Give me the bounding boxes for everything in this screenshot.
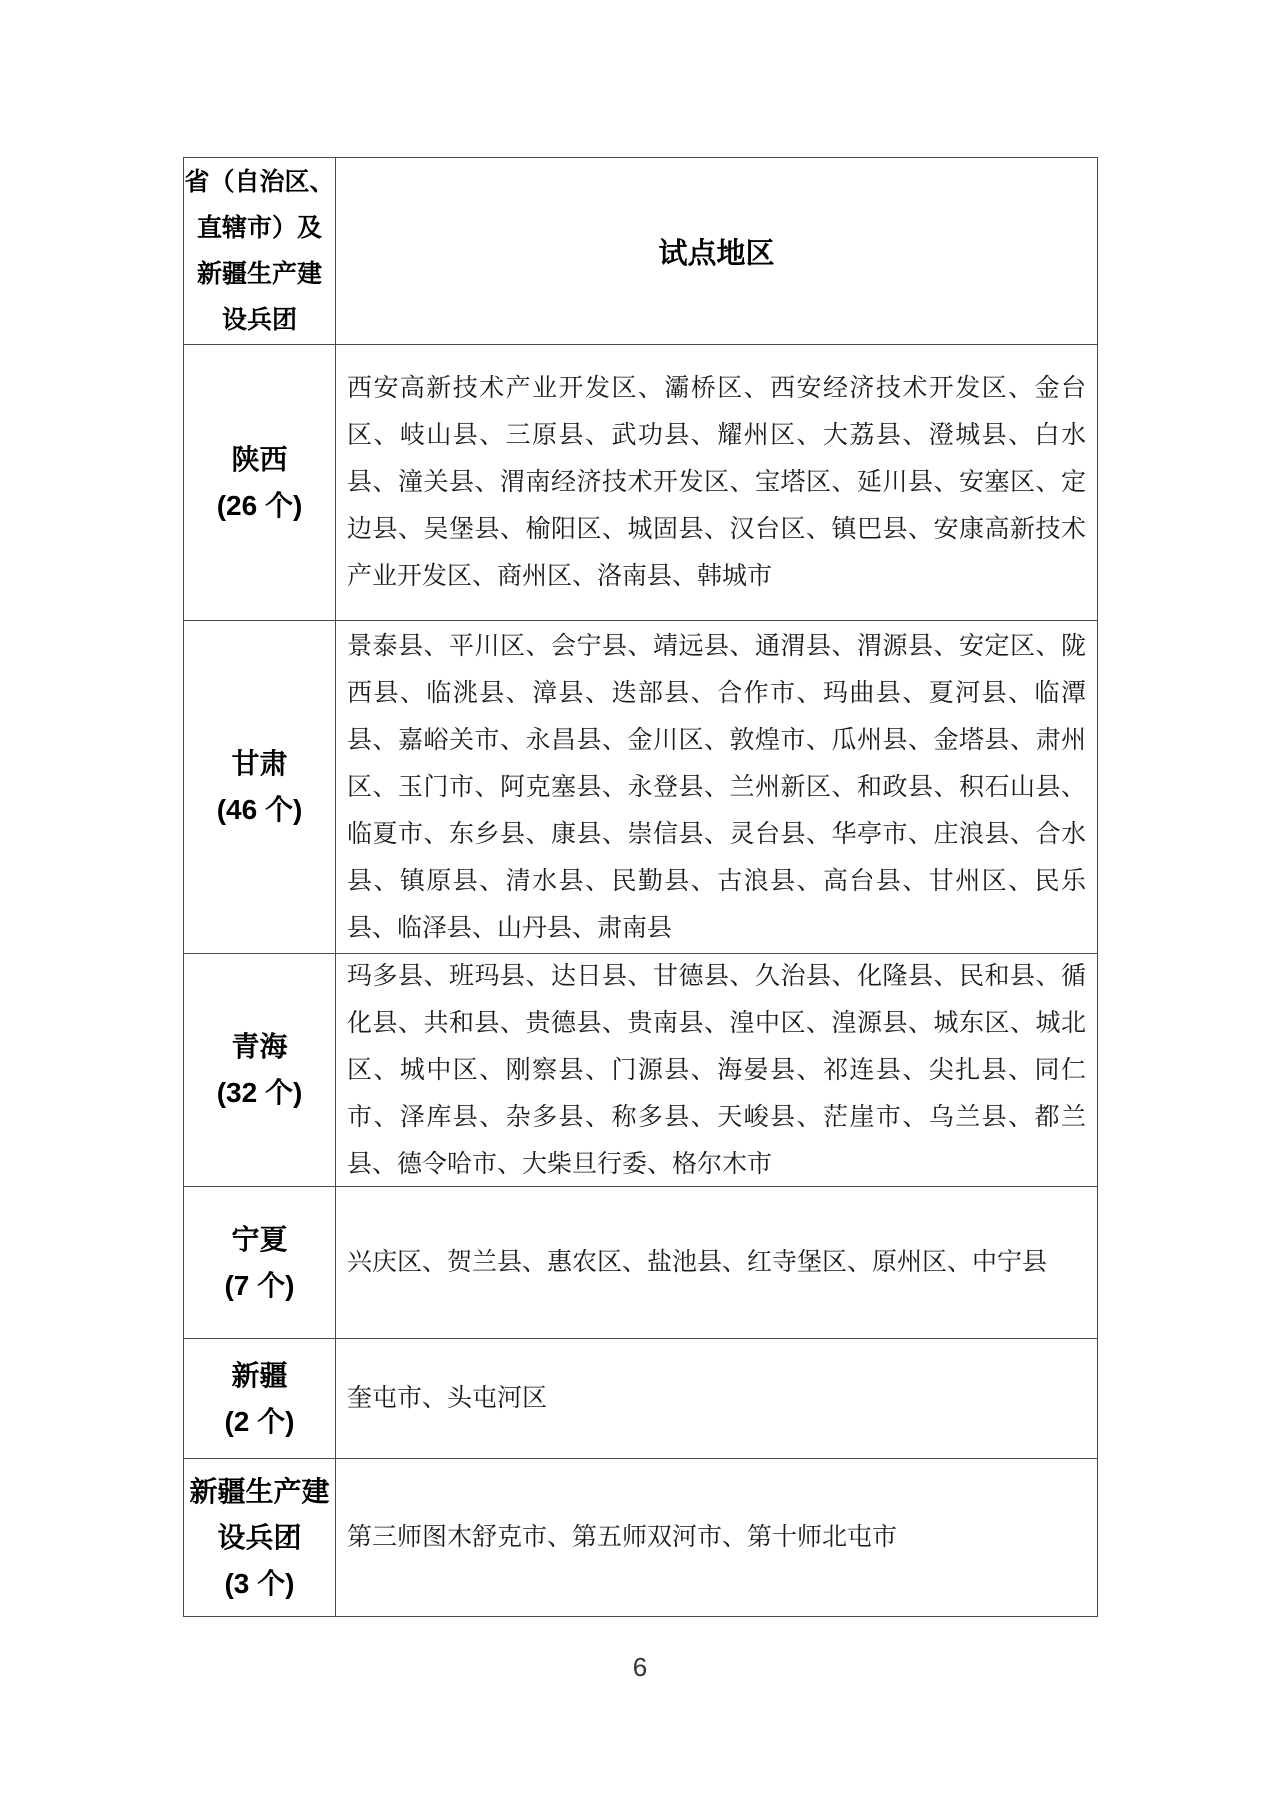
areas-text: 景泰县、平川区、会宁县、靖远县、通渭县、渭源县、安定区、陇西县、临洮县、漳县、迭… bbox=[347, 623, 1086, 952]
header-areas-label: 试点地区 bbox=[658, 231, 774, 272]
province-cell: 新疆 (2 个) bbox=[184, 1339, 336, 1458]
areas-text: 玛多县、班玛县、达日县、甘德县、久治县、化隆县、民和县、循化县、共和县、贵德县、… bbox=[347, 953, 1086, 1188]
province-name: 新疆生产建设兵团 bbox=[184, 1469, 335, 1561]
province-count: (26 个) bbox=[217, 483, 303, 529]
province-cell: 宁夏 (7 个) bbox=[184, 1187, 336, 1338]
province-name: 新疆 bbox=[231, 1353, 287, 1399]
table-row-qinghai: 青海 (32 个) 玛多县、班玛县、达日县、甘德县、久治县、化隆县、民和县、循化… bbox=[184, 953, 1097, 1186]
areas-text: 第三师图木舒克市、第五师双河市、第十师北屯市 bbox=[347, 1514, 1086, 1561]
areas-cell: 西安高新技术产业开发区、灞桥区、西安经济技术开发区、金台区、岐山县、三原县、武功… bbox=[336, 345, 1097, 620]
table-row-gansu: 甘肃 (46 个) 景泰县、平川区、会宁县、靖远县、通渭县、渭源县、安定区、陇西… bbox=[184, 620, 1097, 953]
areas-text: 奎屯市、头屯河区 bbox=[347, 1375, 1086, 1422]
table-row-ningxia: 宁夏 (7 个) 兴庆区、贺兰县、惠农区、盐池县、红寺堡区、原州区、中宁县 bbox=[184, 1186, 1097, 1338]
province-count: (32 个) bbox=[217, 1070, 303, 1116]
areas-cell: 奎屯市、头屯河区 bbox=[336, 1339, 1097, 1458]
table-row-shaanxi: 陕西 (26 个) 西安高新技术产业开发区、灞桥区、西安经济技术开发区、金台区、… bbox=[184, 344, 1097, 620]
province-name: 甘肃 bbox=[231, 741, 287, 787]
areas-cell: 兴庆区、贺兰县、惠农区、盐池县、红寺堡区、原州区、中宁县 bbox=[336, 1187, 1097, 1338]
page-number: 6 bbox=[0, 1652, 1280, 1683]
province-count: (2 个) bbox=[224, 1399, 294, 1445]
province-cell: 新疆生产建设兵团 (3 个) bbox=[184, 1459, 336, 1616]
province-cell: 青海 (32 个) bbox=[184, 954, 336, 1186]
document-page: 省（自治区、 直辖市）及 新疆生产建 设兵团 试点地区 陕西 (26 个) 西安… bbox=[0, 0, 1280, 1809]
areas-text: 西安高新技术产业开发区、灞桥区、西安经济技术开发区、金台区、岐山县、三原县、武功… bbox=[347, 365, 1086, 600]
province-cell: 陕西 (26 个) bbox=[184, 345, 336, 620]
pilot-areas-table: 省（自治区、 直辖市）及 新疆生产建 设兵团 试点地区 陕西 (26 个) 西安… bbox=[183, 157, 1098, 1617]
table-row-bingtuan: 新疆生产建设兵团 (3 个) 第三师图木舒克市、第五师双河市、第十师北屯市 bbox=[184, 1458, 1097, 1616]
province-count: (7 个) bbox=[224, 1263, 294, 1309]
header-areas-cell: 试点地区 bbox=[336, 158, 1097, 344]
areas-cell: 玛多县、班玛县、达日县、甘德县、久治县、化隆县、民和县、循化县、共和县、贵德县、… bbox=[336, 954, 1097, 1186]
areas-cell: 景泰县、平川区、会宁县、靖远县、通渭县、渭源县、安定区、陇西县、临洮县、漳县、迭… bbox=[336, 621, 1097, 953]
province-count: (3 个) bbox=[224, 1561, 294, 1607]
province-name: 陕西 bbox=[231, 437, 287, 483]
province-cell: 甘肃 (46 个) bbox=[184, 621, 336, 953]
areas-text: 兴庆区、贺兰县、惠农区、盐池县、红寺堡区、原州区、中宁县 bbox=[347, 1239, 1086, 1286]
province-count: (46 个) bbox=[217, 787, 303, 833]
header-province-cell: 省（自治区、 直辖市）及 新疆生产建 设兵团 bbox=[184, 158, 336, 344]
province-name: 宁夏 bbox=[231, 1217, 287, 1263]
province-name: 青海 bbox=[231, 1024, 287, 1070]
table-row-xinjiang: 新疆 (2 个) 奎屯市、头屯河区 bbox=[184, 1338, 1097, 1458]
areas-cell: 第三师图木舒克市、第五师双河市、第十师北屯市 bbox=[336, 1459, 1097, 1616]
table-header-row: 省（自治区、 直辖市）及 新疆生产建 设兵团 试点地区 bbox=[184, 158, 1097, 344]
